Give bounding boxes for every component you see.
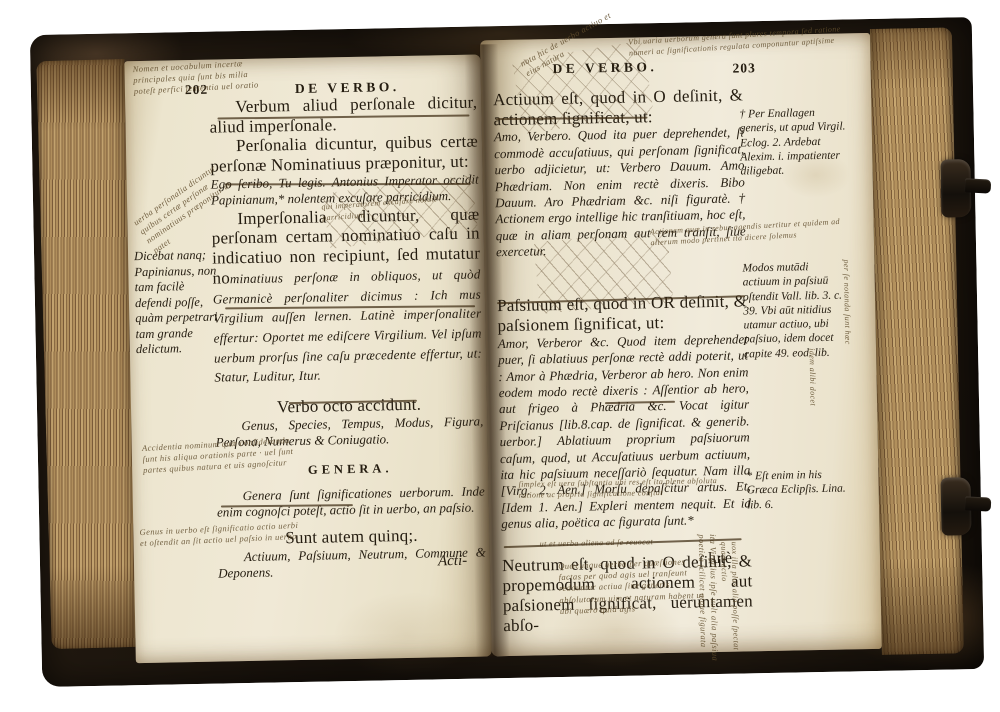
photo-of-open-book: 202 DE VERBO. Verbum aliud perſonale dic…: [0, 0, 1000, 712]
ink-underline: [225, 183, 471, 185]
handwritten-note-vertical-inner: ita Virgilius ipſe uult alia paſsiua poe…: [696, 534, 721, 666]
antique-book: 202 DE VERBO. Verbum aliud perſonale dic…: [30, 17, 984, 687]
clasp-hook: [965, 178, 992, 193]
catchword-left: Acti-: [438, 553, 467, 571]
right-page: DE VERBO. 203 Actiuum eſt, quod in O deſ…: [480, 33, 882, 656]
left-page: 202 DE VERBO. Verbum aliud perſonale dic…: [124, 54, 491, 663]
right-fore-edge-pages: [870, 27, 964, 654]
printed-margin-note-enallage: † Per Enallagen generis, ut apud Virgil.…: [739, 105, 846, 178]
handwritten-note-margin-vertical-2: idem alibi docet: [806, 348, 819, 454]
handwritten-note-vertical-outer: uox illa plus alia poſſe ſpectat quam ac…: [718, 542, 741, 664]
clasp-hook: [965, 496, 992, 511]
right-page-number: 203: [732, 60, 756, 76]
definition-genera: Genera ſunt ſignificationes uerborum. In…: [217, 483, 486, 521]
printed-margin-note-dicebat: Dicebat nanq; Papinianus, non tam facilè…: [134, 248, 220, 358]
printed-margin-note-eclipsis: * Eſt enim in his Græca Eclipſis. Lina. …: [746, 467, 853, 512]
book-clasp-bottom: [940, 477, 995, 538]
left-fore-edge-pages: [36, 59, 139, 649]
printed-margin-note-modos: Modos mutādi actiuum in paſsiuū oſtendit…: [742, 259, 850, 361]
definition-impersonalia-italic: minatiuus perſonæ in obliquos, ut quòd G…: [213, 266, 482, 385]
commentary-passivum: Amor, Verberor &c. Quod item deprehendet…: [498, 331, 752, 532]
left-text-column: Verbum aliud perſonale dicitur, aliud im…: [209, 93, 486, 583]
book-clasp-top: [940, 159, 995, 220]
handwritten-note-before-neutrum: ſimplex eſt uera ſubſtantia ubi res eſt …: [518, 476, 740, 501]
definition-personalia: Perſonalia dicuntur, quibus certæ perſon…: [210, 132, 479, 177]
handwritten-note-top-left: Nomen et uocabulum incertæ principales q…: [132, 57, 266, 98]
handwritten-note-bottom: Quæcunque uerba per quæſtiones factas pe…: [558, 555, 712, 617]
handwritten-note-margin-vertical-1: per ſe notanda ſunt hæc: [840, 259, 853, 381]
